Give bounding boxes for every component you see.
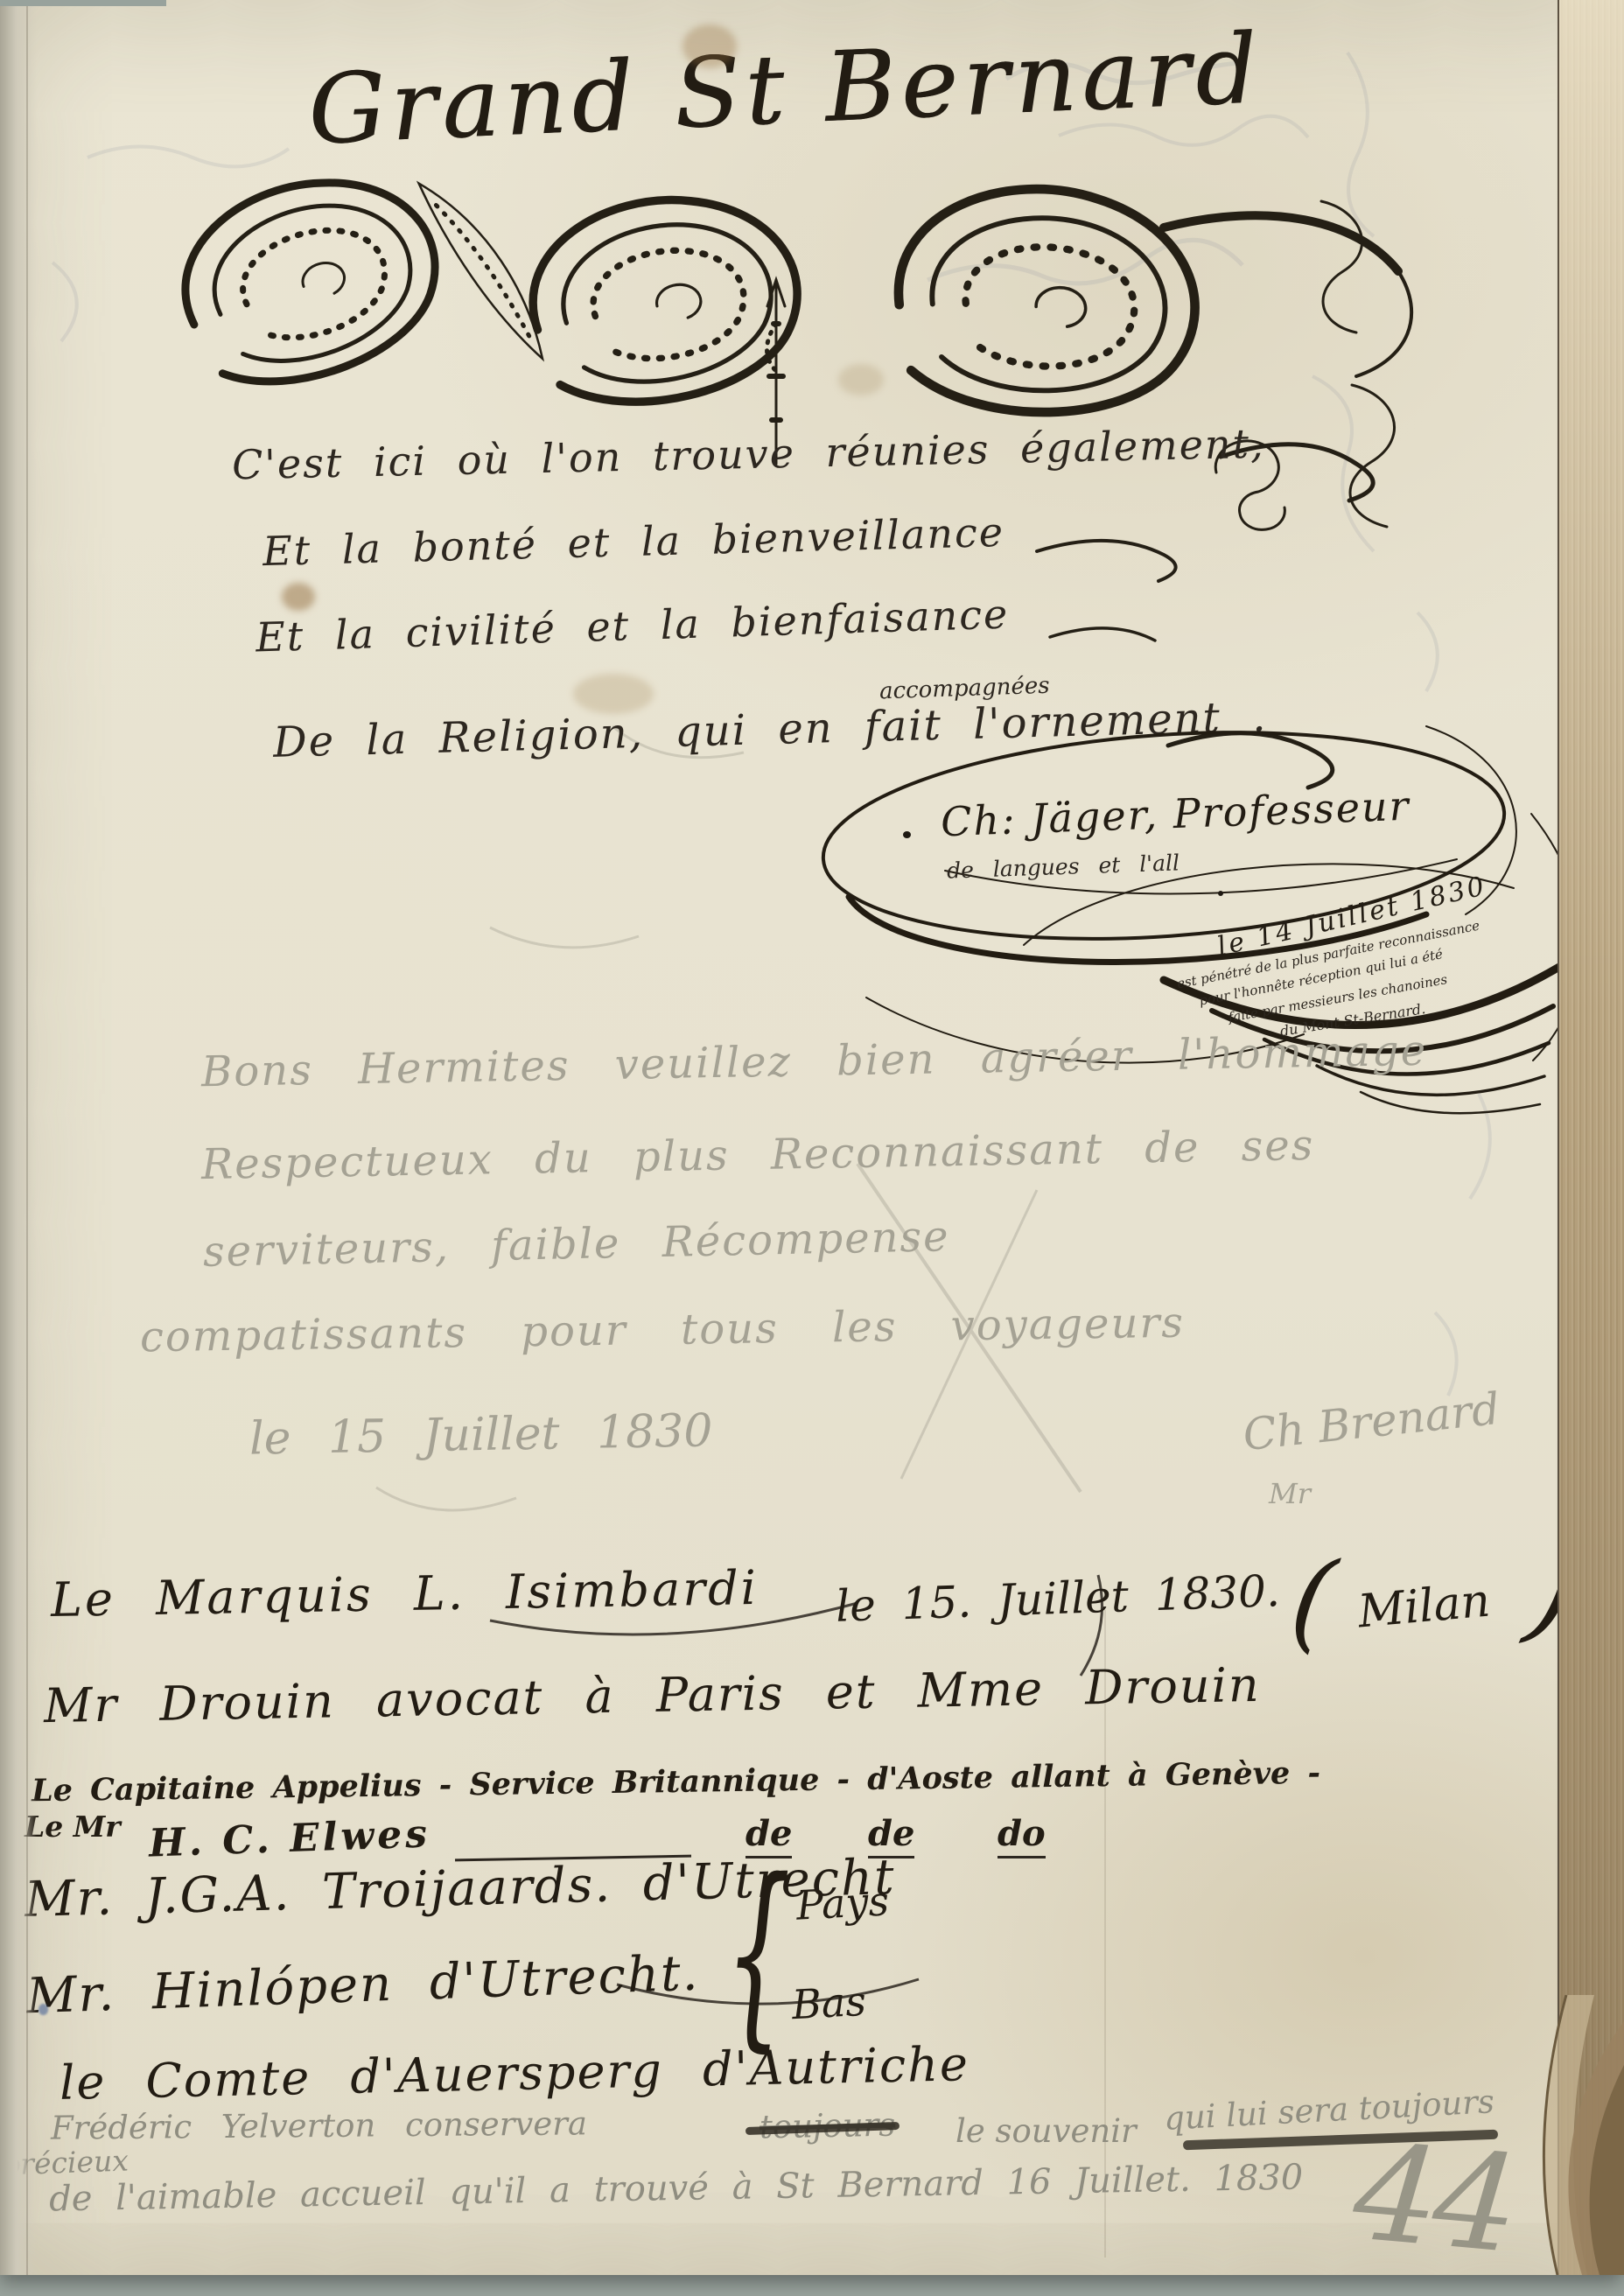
pays-bas-brace: { [724, 1839, 791, 2070]
paper-stain [282, 583, 315, 611]
pencil-message-line-2: Respectueux du plus Reconnaissant de ses [201, 1121, 1315, 1189]
entry-drouin: Mr Drouin avocat à Paris et Mme Drouin [44, 1657, 1262, 1733]
entry-appelius: Le Capitaine Appelius - Service Britanni… [31, 1755, 1320, 1809]
ink-speck [1218, 891, 1223, 896]
entry-elwes-name: H. C. Elwes [148, 1811, 431, 1865]
entry-isimbardi-name: Le Marquis L. Isimbardi [51, 1560, 759, 1627]
page-number: 44 [1348, 2114, 1520, 2282]
pencil-message-line-1: Bons Hermites veuillez bien agréer l'hom… [201, 1026, 1428, 1096]
poem-line-1: C'est ici où l'on trouve réunies égaleme… [232, 420, 1266, 489]
entry-hinlopen: Mr. Hinlópen d'Utrecht. [25, 1945, 700, 2026]
ink-speck [903, 831, 911, 838]
paper-stain [682, 24, 737, 68]
entry-elwes-prefix: Le Mr [24, 1809, 121, 1844]
entry-isimbardi-place: Milan [1356, 1575, 1493, 1639]
poem-line-2: Et la bonté et la bienveillance [262, 508, 1004, 575]
signature-subtitle: de langues et l'all [947, 850, 1180, 883]
pencil-message-date: le 15 Juillet 1830 [249, 1404, 713, 1465]
footer-pencil-line1-mid: le souvenir [955, 2112, 1137, 2150]
left-binding-line [26, 0, 28, 2275]
entry-isimbardi-date: le 15. Juillet 1830. [835, 1565, 1281, 1632]
pencil-message-line-4: compatissants pour tous les voyageurs [140, 1298, 1186, 1362]
pencil-message-line-3: serviteurs, faible Récompense [203, 1212, 951, 1277]
footer-pencil-line1-start: Frédéric Yelverton conservera [51, 2104, 587, 2146]
signature-name: Ch: Jäger, Professeur [940, 782, 1410, 846]
scanner-corner-sliver [0, 0, 166, 6]
entry-auersperg: le Comte d'Auersperg d'Autriche [59, 2036, 969, 2110]
paper-stain [838, 364, 884, 395]
page-title: Grand St Bernard [306, 12, 1264, 165]
blue-ink-speck [38, 2004, 48, 2015]
poem-line-4: De la Religion, qui en fait l'ornement . [272, 692, 1268, 767]
paper-stain [573, 674, 654, 714]
footer-pencil-line2: de l'aimable accueil qu'il a trouvé à St… [49, 2157, 1304, 2219]
pays-bas-bottom: Bas [791, 1977, 868, 2028]
pays-bas-top: Pays [795, 1877, 891, 1928]
pencil-message-signature: Ch Brenard [1241, 1383, 1502, 1460]
pencil-message-postscript: Mr [1269, 1477, 1311, 1510]
left-binding-edge [0, 0, 37, 2275]
right-fore-edge [1557, 0, 1624, 2275]
poem-line-3: Et la civilité et la bienfaisance [255, 590, 1010, 661]
entry-elwes-ditto-3: do [997, 1813, 1046, 1858]
entry-isimbardi-paren-open: ( [1284, 1534, 1342, 1668]
manuscript-page: Grand St Bernard [0, 0, 1624, 2275]
